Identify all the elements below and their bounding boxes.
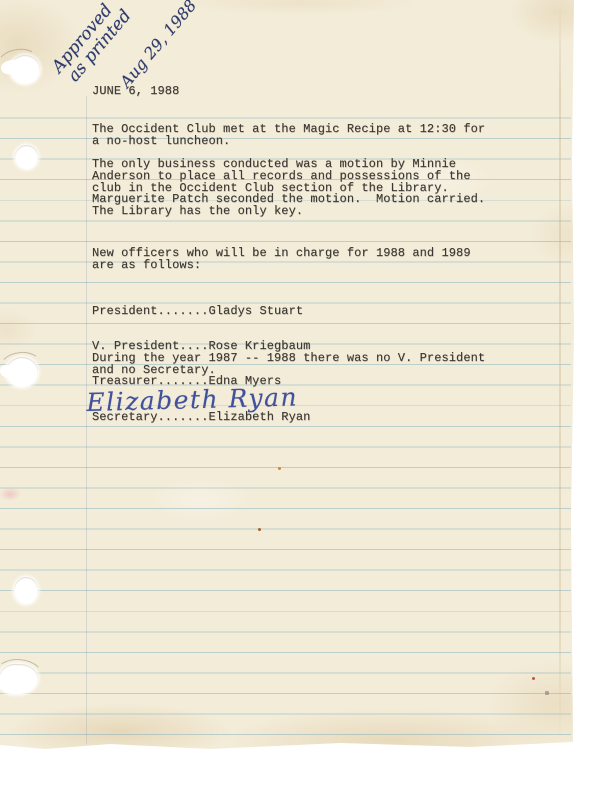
punch-hole [14,577,38,604]
paragraph-officers-intro: New officers who will be in charge for 1… [92,248,471,272]
tear-outline [0,350,45,386]
scanned-page: Approved as printed Aug 29, 1988 JUNE 6,… [0,0,575,750]
punch-hole-torn [10,55,40,84]
paragraph-motion: The only business conducted was a motion… [92,159,485,218]
tear-outline [0,657,45,697]
stain-speck [545,691,549,695]
stain-speck [258,528,261,531]
scanner-background: Approved as printed Aug 29, 1988 JUNE 6,… [0,0,614,800]
punch-hole-torn [0,664,38,694]
paper-crease [559,0,561,742]
date-line: JUNE 6, 1988 [92,86,179,98]
signature-elizabeth-ryan: Elizabeth Ryan [86,382,298,417]
punch-hole-torn [6,357,38,387]
stain-speck [532,677,535,680]
paragraph-no-officers: During the year 1987 -- 1988 there was n… [92,353,485,377]
stain-speck [278,467,281,470]
punch-hole [15,145,38,169]
margin-line [86,96,87,744]
paragraph-luncheon: The Occident Club met at the Magic Recip… [92,124,485,148]
officer-row-president: President.......Gladys Stuart [92,306,310,318]
tear-outline [0,46,41,81]
